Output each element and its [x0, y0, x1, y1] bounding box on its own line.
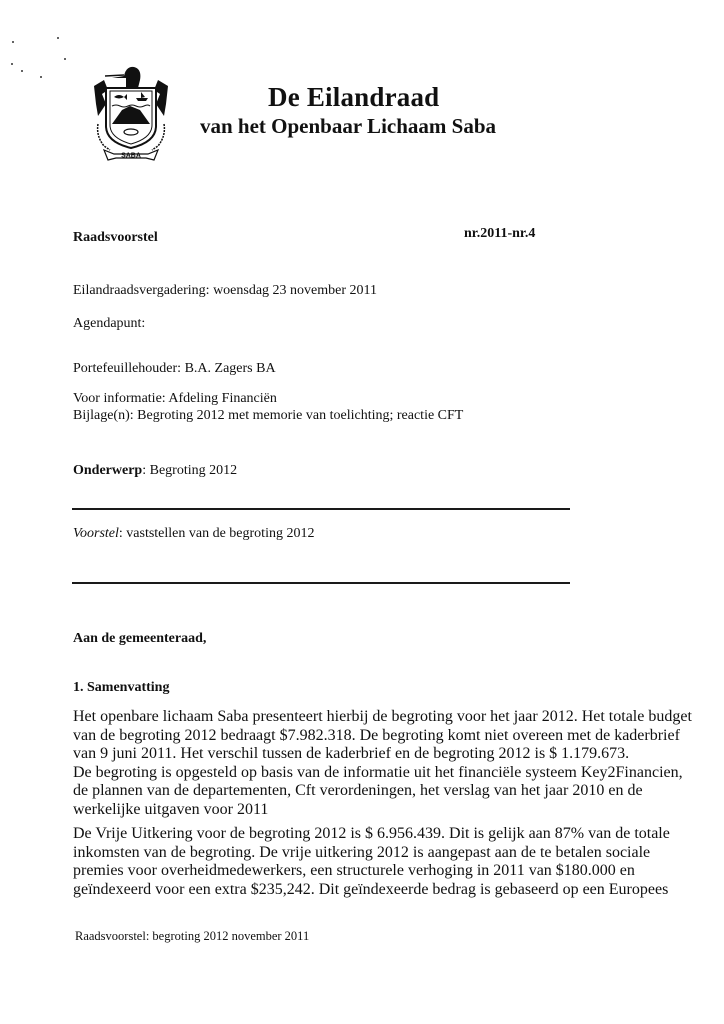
summary-paragraph-1: Het openbare lichaam Saba presenteert hi…: [73, 708, 693, 820]
subject-label: Onderwerp: [73, 463, 142, 478]
salutation: Aan de gemeenteraad,: [73, 631, 206, 647]
proposal-value: : vaststellen van de begroting 2012: [119, 526, 315, 541]
doc-type: Raadsvoorstel: [73, 230, 158, 246]
proposal-label: Voorstel: [73, 526, 119, 541]
divider: [72, 582, 570, 584]
saba-coat-of-arms-icon: SABA: [90, 64, 172, 162]
proposal: Voorstel: vaststellen van de begroting 2…: [73, 526, 314, 542]
svg-text:SABA: SABA: [121, 153, 141, 160]
divider: [72, 508, 570, 510]
subject-value: : Begroting 2012: [142, 463, 237, 478]
portfolio-holder: Portefeuillehouder: B.A. Zagers BA: [73, 361, 276, 377]
for-information: Voor informatie: Afdeling Financiën: [73, 391, 277, 407]
agenda-item: Agendapunt:: [73, 316, 145, 332]
page-footer: Raadsvoorstel: begroting 2012 november 2…: [75, 929, 309, 944]
summary-paragraph-2: De Vrije Uitkering voor de begroting 201…: [73, 825, 693, 899]
section-heading: 1. Samenvatting: [73, 680, 169, 696]
subject: Onderwerp: Begroting 2012: [73, 463, 237, 479]
council-subtitle: van het Openbaar Lichaam Saba: [200, 114, 496, 139]
council-title: De Eilandraad: [268, 82, 439, 113]
doc-number: nr.2011-nr.4: [464, 226, 535, 242]
meeting-date: Eilandraadsvergadering: woensdag 23 nove…: [73, 283, 377, 299]
attachments: Bijlage(n): Begroting 2012 met memorie v…: [73, 408, 463, 424]
